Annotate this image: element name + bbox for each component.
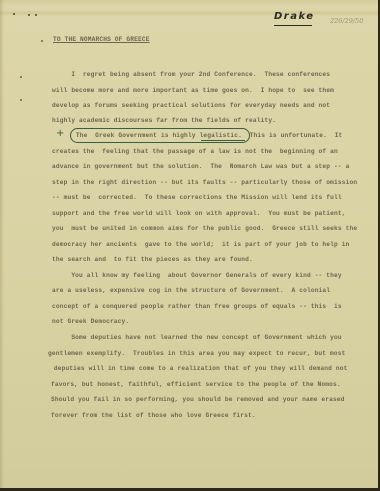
archive-stamp: 226/29/50 (330, 17, 363, 25)
letter-heading: TO THE NOMARCHS OF GREECE (53, 36, 150, 43)
text-line: will become more and more important as t… (52, 87, 334, 94)
text-line: are a useless, expensive cog in the stru… (52, 287, 330, 294)
text-line: creates the feeling that the passage of … (52, 148, 338, 155)
margin-dot (41, 40, 43, 42)
text-line: deputies will in time come to a realizat… (50, 365, 347, 372)
text-line: -- must be corrected. To these correctio… (52, 194, 342, 201)
green-pen-underline (201, 140, 245, 141)
text-line: favors, but honest, faithful, efficient … (51, 381, 341, 388)
text-line: highly academic discourses far from the … (52, 117, 276, 124)
text-line: advance in government but the solution. … (52, 163, 349, 170)
text-line: gentlemen exemplify. Troubles in this ar… (48, 350, 345, 357)
margin-plus-mark: + (56, 128, 64, 139)
text-line: I regret being absent from your 2nd Conf… (52, 71, 330, 78)
document-page: Drake 226/29/50 TO THE NOMARCHS OF GREEC… (0, 0, 378, 488)
text-line: support and the free world will look on … (52, 210, 346, 217)
text-line: you must be united in common aims for th… (52, 225, 357, 232)
handwritten-underline (274, 25, 312, 26)
punch-hole-mark (28, 14, 30, 16)
text-line: democracy her ancients gave to the world… (52, 241, 349, 248)
text-line: not Greek Democracy. (52, 318, 129, 325)
text-line: step in the right direction -- but its f… (52, 179, 357, 186)
text-line: the search and to fit the pieces as they… (52, 256, 253, 263)
text-line: The Greek Government is highly legalisti… (72, 132, 342, 139)
punch-hole-mark (13, 13, 15, 15)
text-line: Should you fail in so performing, you sh… (51, 396, 345, 403)
text-line: concept of a conquered people rather tha… (52, 303, 342, 310)
margin-dot (20, 99, 22, 101)
handwritten-name: Drake (274, 11, 315, 22)
text-line: You all know my feeling about Governor G… (52, 272, 342, 279)
text-line: develop as forums seeking practical solu… (52, 102, 330, 109)
text-line: forever from the list of those who love … (51, 412, 256, 419)
text-line: Some deputies have not learned the new c… (52, 334, 342, 341)
margin-dot (20, 76, 22, 78)
punch-hole-mark (35, 14, 37, 16)
